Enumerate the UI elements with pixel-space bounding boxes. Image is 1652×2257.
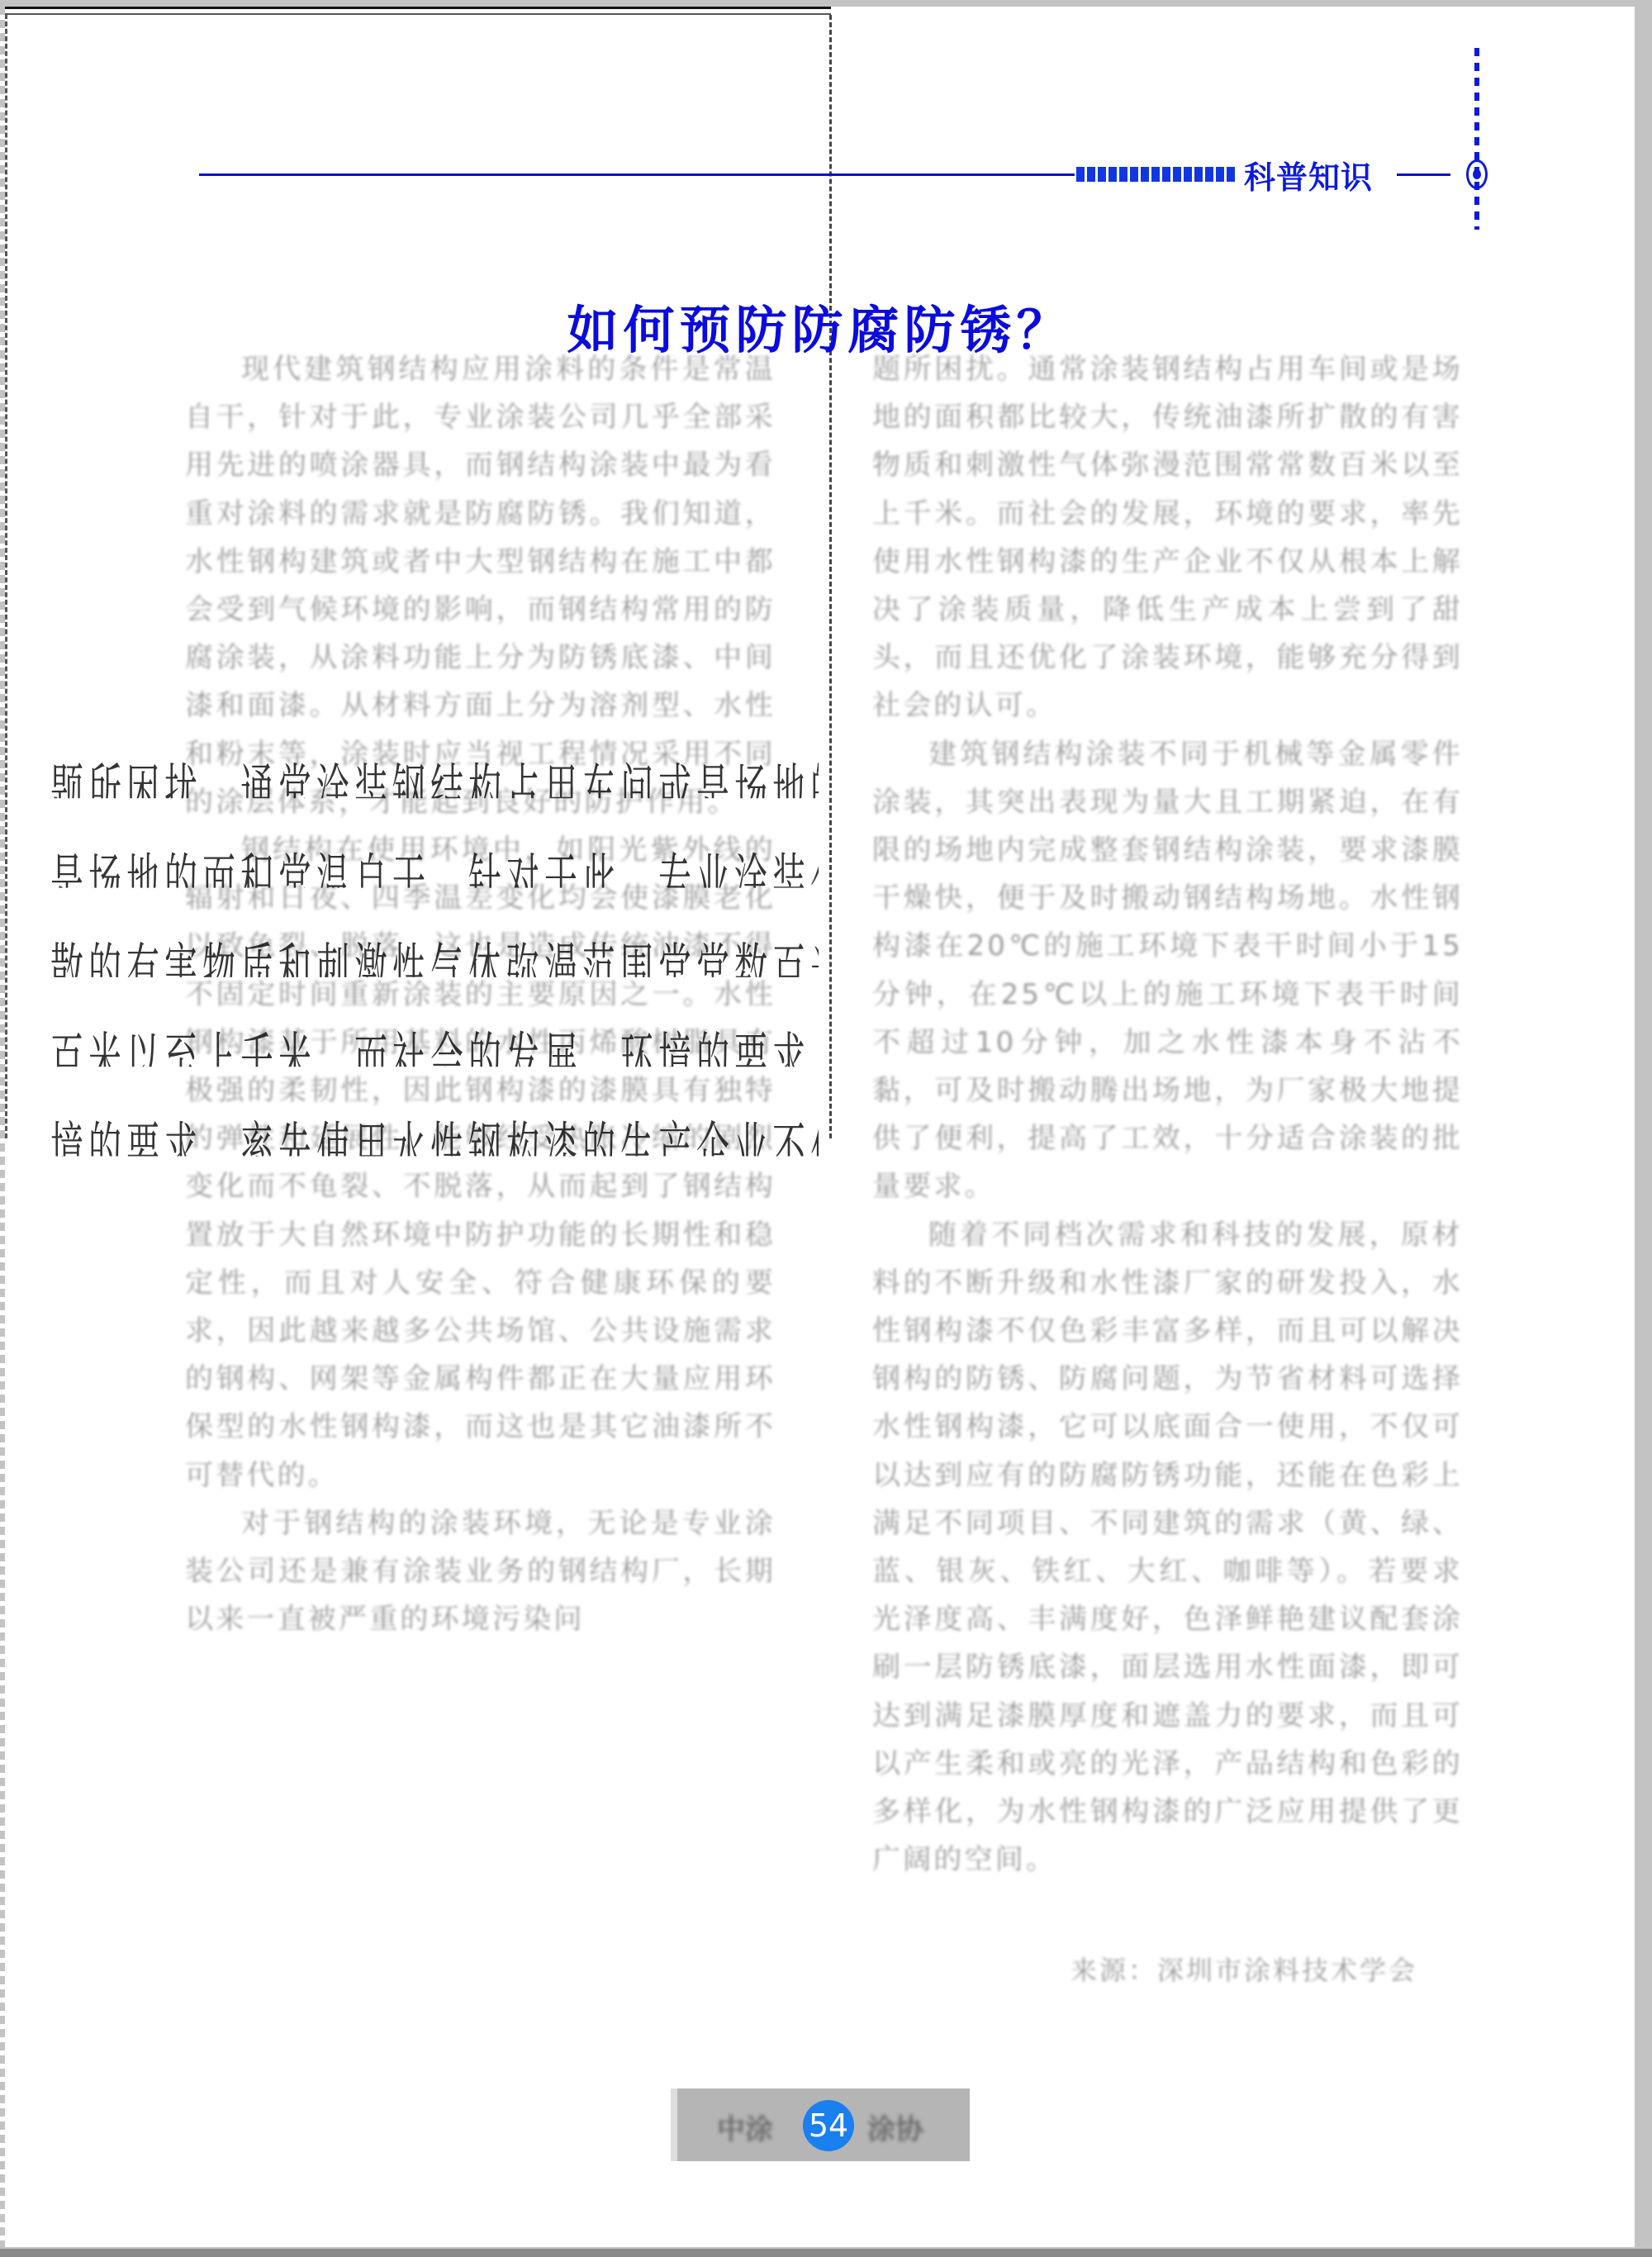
section-label: 科普知识 (1244, 152, 1373, 197)
paragraph: 对于钢结构的涂装环境，无论是专业涂装公司还是兼有涂装业务的钢结构厂，长期以来一直… (185, 1499, 776, 1644)
paragraph: 题所困扰。通常涂装钢结构占用车间或是场地的面积都比较大，传统油漆所扩散的有害物质… (872, 345, 1463, 730)
overlay-line: 散的有害物质和刺激性气体弥漫范围常常数百米以至上千米 (50, 888, 819, 977)
header-rule (199, 173, 1075, 176)
overlay-line: 是场地的面积常温自干，针对于此，专业涂装公司几乎 (50, 798, 819, 887)
bottom-edge (0, 2249, 1652, 2257)
selection-frame-top (5, 7, 831, 15)
overlay-line: 百米以至上千米，而社会的发展，环境的要求，率先使用 (50, 977, 819, 1067)
footer-left-text: 中涂 (717, 2107, 773, 2147)
article-source: 来源：深圳市涂料技术学会 (1070, 1950, 1417, 1988)
footer-right-text: 涂协 (867, 2107, 923, 2147)
magazine-page: 科普知识 如何预防防腐防锈？ 现代建筑钢结构应用涂料的条件是常温自干，针对于此，… (5, 7, 1635, 2247)
paragraph: 随着不同档次需求和科技的发展，原材料的不断升级和水性漆厂家的研发投入，水性钢构漆… (872, 1211, 1463, 1884)
paragraph: 建筑钢结构涂装不同于机械等金属零件涂装，其突出表现为量大且工期紧迫，在有限的场地… (872, 730, 1463, 1211)
header-decorative-blocks (1076, 167, 1235, 182)
dashed-fold-line (829, 15, 832, 1138)
header-rule-right (1397, 173, 1450, 176)
page-number-badge: 54 (803, 2100, 854, 2151)
vertical-dotted-line (1474, 48, 1479, 230)
target-icon (1466, 159, 1488, 189)
page-footer: 中涂 54 涂协 (671, 2088, 970, 2161)
glitch-text-overlay: 题所困扰。通常涂装钢结构占用车间或是场地的面积都比较大 是场地的面积常温自干，针… (50, 709, 819, 1157)
overlay-line: 境的要求，率先使用水性钢构漆的生产企业不仅从根本上 (50, 1067, 819, 1156)
article-column-right: 题所困扰。通常涂装钢结构占用车间或是场地的面积都比较大，传统油漆所扩散的有害物质… (872, 345, 1463, 1884)
overlay-line: 题所困扰。通常涂装钢结构占用车间或是场地的面积都比较大 (50, 709, 819, 798)
